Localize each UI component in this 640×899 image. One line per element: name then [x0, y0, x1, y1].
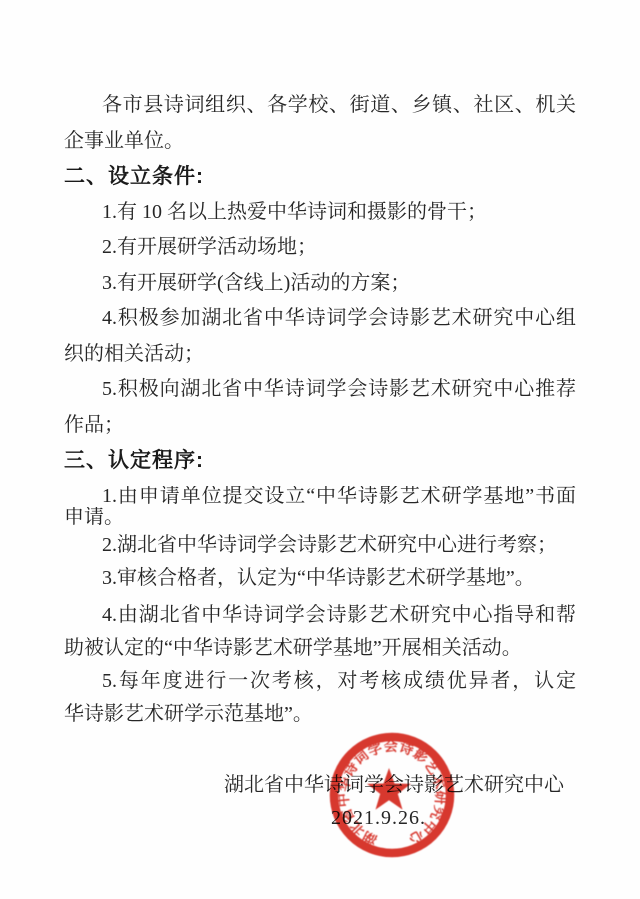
list-item: 2.湖北省中华诗词学会诗影艺术研究中心进行考察； [64, 529, 576, 562]
list-item: 4.积极参加湖北省中华诗词学会诗影艺术研究中心组 [64, 301, 576, 337]
list-item: 5.积极向湖北省中华诗词学会诗影艺术研究中心推荐 [64, 372, 576, 408]
official-seal: 湖北省中华诗词学会诗影艺术研究中心 [327, 730, 457, 860]
list-item: 4.由湖北省中华诗词学会诗影艺术研究中心指导和帮 [64, 599, 576, 632]
list-item: 5.每年度进行一次考核，对考核成绩优异者，认定为“中 [64, 665, 576, 698]
list-item: 2.有开展研学活动场地； [64, 230, 576, 266]
body-line: 作品； [64, 408, 576, 444]
body-line: 织的相关活动； [64, 337, 576, 373]
body-line: 华诗影艺术研学示范基地”。 [64, 698, 576, 731]
body-line: 申请。 [64, 507, 576, 528]
section-heading: 二、设立条件: [64, 159, 576, 195]
signature-date: 2021.9.26. [64, 802, 576, 835]
body-line: 助被认定的“中华诗影艺术研学基地”开展相关活动。 [64, 632, 576, 665]
list-item: 3.有开展研学(含线上)活动的方案； [64, 266, 576, 302]
star-icon [367, 768, 411, 810]
signature-org-name: 湖北省中华诗词学会诗影艺术研究中心 [64, 767, 576, 803]
list-item: 3.审核合格者，认定为“中华诗影艺术研学基地”。 [64, 562, 576, 595]
list-item: 1.由申请单位提交设立“中华诗影艺术研学基地”书面 [64, 486, 576, 507]
section-heading: 三、认定程序: [64, 443, 576, 479]
body-line: 企事业单位。 [64, 124, 576, 160]
body-line: 各市县诗词组织、各学校、街道、乡镇、社区、机关及 [64, 88, 576, 124]
document-page: 各市县诗词组织、各学校、街道、乡镇、社区、机关及 企事业单位。 二、设立条件: … [0, 0, 640, 899]
document-body: 各市县诗词组织、各学校、街道、乡镇、社区、机关及 企事业单位。 二、设立条件: … [64, 88, 576, 731]
list-item: 1.有 10 名以上热爱中华诗词和摄影的骨干； [64, 195, 576, 231]
